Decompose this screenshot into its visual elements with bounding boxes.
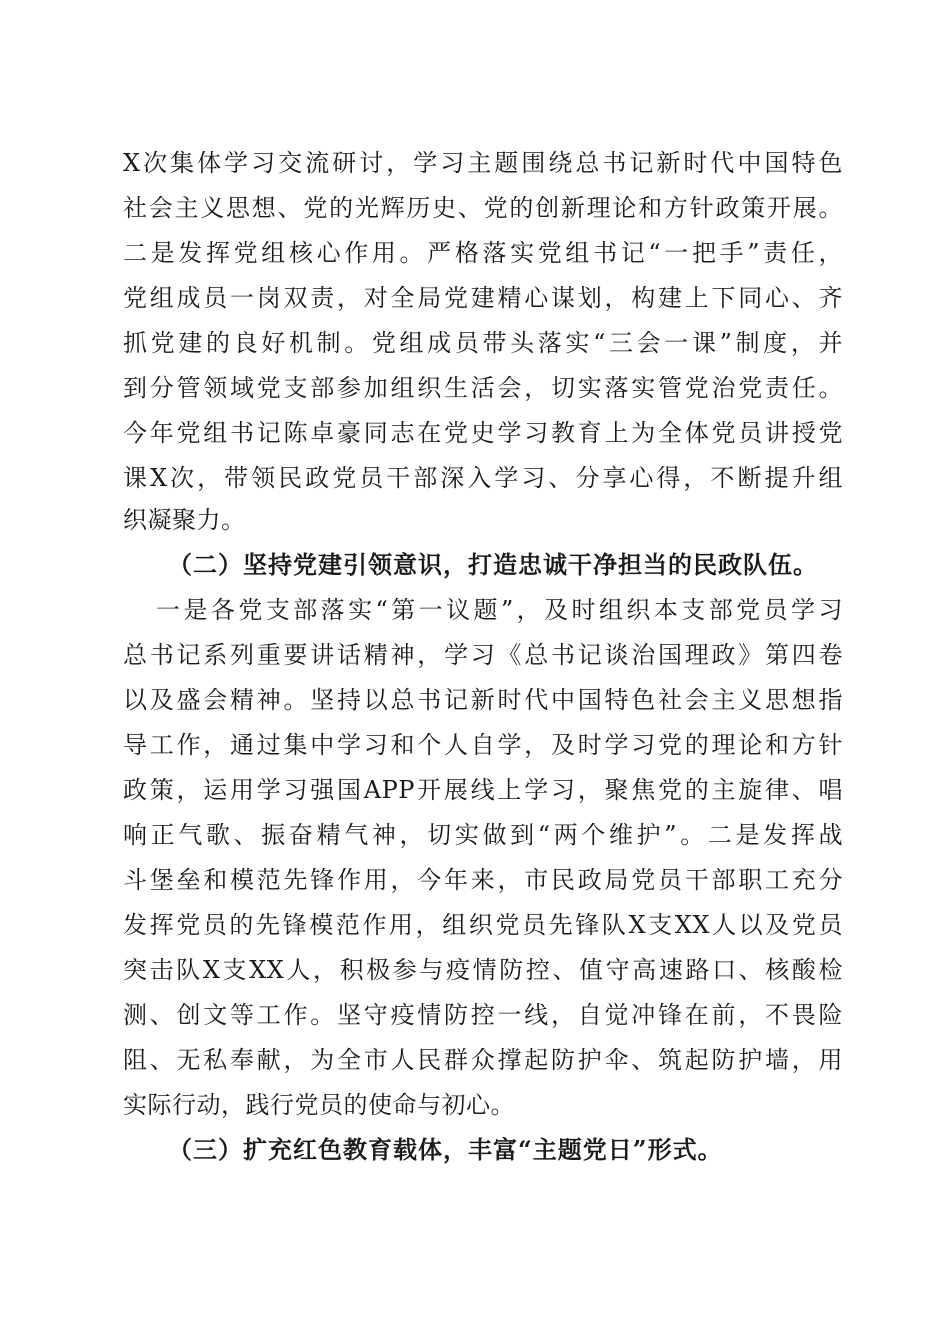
body-text-line: 实际行动，践行党员的使命与初心。: [123, 1088, 843, 1122]
body-text-line: 一是各党支部落实“第一议题”，及时组织本支部党员学习: [156, 593, 843, 627]
body-text-line: 总书记系列重要讲话精神，学习《总书记谈治国理政》第四卷: [123, 638, 843, 672]
body-text-line: 织凝聚力。: [123, 503, 843, 537]
section-heading: （二）坚持党建引领意识，打造忠诚干净担当的民政队伍。: [168, 548, 840, 582]
section-heading: （三）扩充红色教育载体，丰富“主题党日”形式。: [168, 1133, 840, 1167]
body-text-line: 发挥党员的先锋模范作用，组织党员先锋队X支XX人以及党员: [123, 908, 843, 942]
body-text-line: 导工作，通过集中学习和个人自学，及时学习党的理论和方针: [123, 728, 843, 762]
body-text-line: 课X次，带领民政党员干部深入学习、分享心得，不断提升组: [123, 461, 843, 495]
body-text-line: 以及盛会精神。坚持以总书记新时代中国特色社会主义思想指: [123, 683, 843, 717]
body-text-line: 党组成员一岗双责，对全局党建精心谋划，构建上下同心、齐: [123, 281, 843, 315]
document-page: X次集体学习交流研讨，学习主题围绕总书记新时代中国特色 社会主义思想、党的光辉历…: [0, 0, 950, 1344]
body-text-line: 阻、无私奉献，为全市人民群众撑起防护伞、筑起防护墙，用: [123, 1043, 843, 1077]
body-text-line: 突击队X支XX人，积极参与疫情防控、值守高速路口、核酸检: [123, 953, 843, 987]
body-text-line: 今年党组书记陈卓豪同志在党史学习教育上为全体党员讲授党: [123, 416, 843, 450]
body-text-line: X次集体学习交流研讨，学习主题围绕总书记新时代中国特色: [123, 146, 843, 180]
body-text-line: 斗堡垒和模范先锋作用，今年来，市民政局党员干部职工充分: [123, 863, 843, 897]
body-text-line: 社会主义思想、党的光辉历史、党的创新理论和方针政策开展。: [123, 191, 843, 225]
body-text-line: 二是发挥党组核心作用。严格落实党组书记“一把手”责任，: [123, 236, 843, 270]
body-text-line: 政策，运用学习强国APP开展线上学习，聚焦党的主旋律、唱: [123, 773, 843, 807]
body-text-line: 到分管领域党支部参加组织生活会，切实落实管党治党责任。: [123, 371, 843, 405]
body-text-line: 测、创文等工作。坚守疫情防控一线，自觉冲锋在前，不畏险: [123, 998, 843, 1032]
body-text-line: 响正气歌、振奋精气神，切实做到“两个维护”。二是发挥战: [123, 818, 843, 852]
body-text-line: 抓党建的良好机制。党组成员带头落实“三会一课”制度，并: [123, 326, 843, 360]
